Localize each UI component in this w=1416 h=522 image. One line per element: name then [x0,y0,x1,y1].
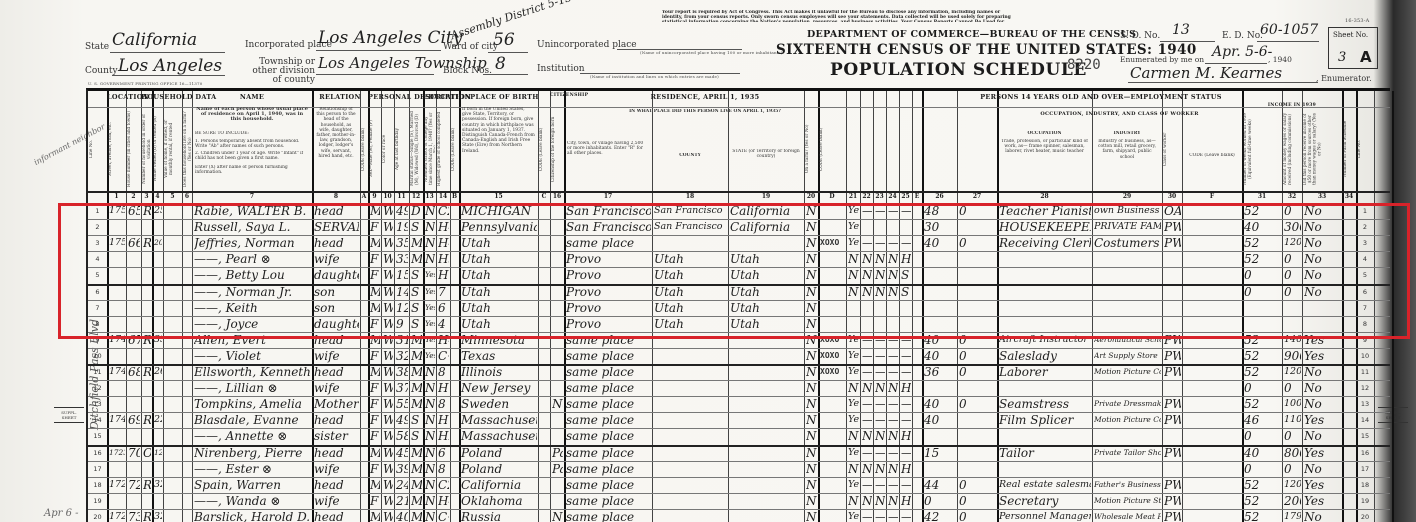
column-number: 18 [652,193,728,200]
row-12-c22: No [862,380,872,396]
row-12-c24: No [888,380,898,396]
row-8-rel: daughter [314,316,359,332]
line-number: 17 [88,465,107,473]
row-19-mar: M [411,493,422,509]
row-9-cls: PW [1164,332,1181,348]
township-label: Township or other division of county [245,58,315,85]
row-20-hh: 73 [128,509,140,522]
row-4-sch: No [425,251,435,267]
row-16-rent: 12000 [154,445,162,461]
row-12-other: No [1304,380,1341,396]
row-13-farm35: No [806,396,817,412]
column-header-name-include: BE SURE TO INCLUDE: [195,131,309,136]
unincorporated-note: (Name of unincorporated place having 100… [640,50,783,55]
row-11-weeks: 52 [1244,364,1281,380]
row-9-rent: 35 [154,332,162,348]
row-6-county: Utah [654,284,727,300]
row-8-sch: Yes [425,316,435,332]
row-10-rel: wife [314,348,359,364]
row-20-name: Barslick, Harold D. [194,509,311,522]
ward-value: 56 [493,30,515,50]
row-6-sex: M [370,284,380,300]
row-15-c24: No [888,428,898,444]
column-number: 7 [192,193,312,200]
column-number: 1 [107,193,126,200]
row-2-other: No [1304,219,1341,235]
row-3-c25: — [901,235,911,251]
row-11-cls: PW [1164,364,1181,380]
row-1-ind: own Business [1094,203,1161,219]
row-4-age: 33 [396,251,408,267]
row-5-county: Utah [654,267,727,283]
row-19-birth: Oklahoma [461,493,537,509]
row-6-grade: 7 [438,284,449,300]
row-19-c23: No [875,493,885,509]
enumerator-signature: Carmen M. Kearnes [1130,64,1282,82]
row-1-farm35: No [806,203,817,219]
row-11-rent: 26 [154,364,162,380]
row-18-grade: C2 [438,477,449,493]
row-1-city: San Francisco [566,203,651,219]
column-divider [192,91,193,522]
row-3-rel: head [314,235,359,251]
row-13-ind: Private Dressmaker's Est. [1094,396,1161,412]
row-13-name: Tompkins, Amelia [194,396,311,412]
row-16-occ: Tailor [999,445,1091,461]
group-header-name: NAME [192,93,312,101]
group-header-education: EDUCATION [423,93,459,101]
row-19-ind: Motion Picture Studio [1094,493,1161,509]
row-11-birth: Illinois [461,364,537,380]
row-11-race: W [383,364,393,380]
row-10-c25: — [901,348,911,364]
column-number: 24 [886,193,899,200]
row-6-wages: 0 [1284,284,1301,300]
confidentiality-notice: Your report is required by Act of Congre… [662,10,1012,22]
line-number-right: 19 [1356,497,1374,505]
column-divider [1392,91,1394,522]
schedule-title: POPULATION SCHEDULE [830,60,1087,80]
column-number: 25 [899,193,912,200]
row-14-other: Yes [1304,412,1341,428]
line-number: 8 [88,320,107,328]
column-number: 23 [873,193,886,200]
line-number-right: 11 [1356,368,1374,376]
row-9-grade: H4 [438,332,449,348]
row-19-c21: No [848,493,859,509]
county-value: Los Angeles [118,56,222,76]
row-10-race: W [383,348,393,364]
row-9-c26: 40 [924,332,956,348]
column-number: 32 [1282,193,1302,200]
line-number-right: 4 [1356,255,1374,263]
row-7-county: Utah [654,300,727,316]
row-13-rel: Mother [314,396,359,412]
row-7-grade: 6 [438,300,449,316]
row-8-age: 9 [396,316,408,332]
row-15-other: No [1304,428,1341,444]
row-9-c27: 0 [959,332,996,348]
row-14-sch: No [425,412,435,428]
group-header-household: HOUSEHOLD DATA [141,93,192,101]
row-20-c25: — [901,509,911,522]
row-10-other: Yes [1304,348,1341,364]
line-number-right: 3 [1356,239,1374,247]
row-6-c25: S [901,284,911,300]
line-number-right: 9 [1356,336,1374,344]
row-13-weeks: 52 [1244,396,1281,412]
column-divider [1374,91,1375,522]
column-header-class-worker: Class of worker [1163,111,1181,187]
row-19-c27: 0 [959,493,996,509]
column-header-wages: Amount of money wages or salary received… [1283,111,1301,187]
column-header-citizenship-desc: Citizenship of the foreign born [551,111,563,187]
row-14-own: R [143,412,151,428]
row-9-hh: 67 [128,332,140,348]
enumerated-label: Enumerated by me on [1120,55,1204,64]
row-3-race: W [383,235,393,251]
row-5-race: W [383,267,393,283]
row-14-rent: 22 [154,412,162,428]
enumerator-label: , Enumerator. [1316,74,1372,83]
column-number: 33 [1302,193,1342,200]
row-14-city: same place [566,412,651,428]
row-8-race: W [383,316,393,332]
row-1-name: Rabie, WALTER B. [194,203,311,219]
row-13-c24: — [888,396,898,412]
column-number: B [450,193,459,200]
line-number: 7 [88,304,107,312]
row-11-c26: 36 [924,364,956,380]
row-20-rent: 32 [154,509,162,522]
column-number: 27 [957,193,997,200]
column-header-weeks-worked: Number of weeks worked in 1939 (Equivale… [1243,111,1281,187]
row-10-sex: F [370,348,380,364]
row-4-county: Utah [654,251,727,267]
row-6-mar: S [411,284,422,300]
row-9-sex: M [370,332,380,348]
row-16-sex: M [370,445,380,461]
row-8-grade: 4 [438,316,449,332]
column-header-code: CODE (Leave blank) [361,111,367,187]
row-17-city: same place [566,461,651,477]
group-header-citizenship: CITIZENSHIP [550,93,564,98]
enumerated-value: Apr. 5-6- [1212,44,1272,60]
enumerated-year: , 1940 [1268,55,1292,64]
row-2-c21: Yes [848,219,859,235]
row-7-mar: S [411,300,422,316]
row-4-c24: No [888,251,898,267]
row-2-name: Russell, Saya L. [194,219,311,235]
column-divider [899,91,900,522]
block-value: 8 [495,54,506,74]
line-number: 18 [88,481,107,489]
row-1-c24: — [888,203,898,219]
row-7-sch: Yes [425,300,435,316]
row-7-birth: Utah [461,300,537,316]
row-16-farm35: No [806,445,817,461]
row-14-race: W [383,412,393,428]
row-11-name: Ellsworth, Kenneth [194,364,311,380]
row-3-c21: Yes [848,235,859,251]
row-5-age: 15 [396,267,408,283]
row-13-mar: M [411,396,422,412]
row-7-city: Provo [566,300,651,316]
row-19-city: same place [566,493,651,509]
row-2-occ: HOUSEKEEPER [999,219,1091,235]
row-13-c27: 0 [959,396,996,412]
ed-value: 60-1057 [1260,22,1318,38]
row-8-county: Utah [654,316,727,332]
line-number-right: 20 [1356,513,1374,521]
row-20-birth: Russia [461,509,537,522]
row-18-own: R [143,477,151,493]
sd-label: S. D. No. [1120,31,1160,41]
row-1-birth: MICHIGAN [461,203,537,219]
row-4-wages: 0 [1284,251,1301,267]
row-20-occ: Personnel Manager [999,509,1091,522]
row-14-c21: Yes [848,412,859,428]
column-number: 12 [409,193,423,200]
row-17-name: ——, Ester ⊗ [194,461,311,477]
row-17-sch: No [425,461,435,477]
row-19-occ: Secretary [999,493,1091,509]
row-1-wages: 0 [1284,203,1301,219]
row-2-mar: S [411,219,422,235]
column-header-name-rule2: 2. Children under 1 year of age. Write "… [195,151,309,161]
row-11-ind: Motion Picture Co. [1094,364,1161,380]
row-13-race: W [383,396,393,412]
row-4-race: W [383,251,393,267]
line-number-right: 17 [1356,465,1374,473]
row-13-birth: Sweden [461,396,537,412]
row-6-sch: Yes [425,284,435,300]
row-10-c24: — [888,348,898,364]
row-19-c22: No [862,493,872,509]
row-12-wages: 0 [1284,380,1301,396]
row-18-rel: head [314,477,359,493]
column-header-grade: Highest grade of school completed [437,111,449,187]
row-17-c24: No [888,461,898,477]
column-header-race: Color or race [382,111,393,187]
column-header-marital: Marital status—Single (S), Married (M), … [410,111,422,187]
row-12-weeks: 0 [1244,380,1281,396]
row-4-c22: No [862,251,872,267]
column-divider [873,91,874,522]
column-header-age: Age at last birthday [395,111,408,187]
row-13-c22: — [862,396,872,412]
column-header-house-number: House number (in cities and towns) [127,111,140,187]
row-5-mar: S [411,267,422,283]
row-3-sch: No [425,235,435,251]
row-17-other: No [1304,461,1341,477]
row-2-wages: 300 [1284,219,1301,235]
row-1-rel: head [314,203,359,219]
row-14-name: Blasdale, Evanne [194,412,311,428]
column-number: A [360,193,368,200]
row-18-race: W [383,477,393,493]
column-header-code: CODE (Leave blank) [451,111,458,187]
row-12-rel: wife [314,380,359,396]
row-14-c23: — [875,412,885,428]
row-14-cls: PW [1164,412,1181,428]
column-divider [846,91,847,522]
column-number: 8 [312,193,360,200]
row-6-birth: Utah [461,284,537,300]
row-6-race: W [383,284,393,300]
row-10-weeks: 52 [1244,348,1281,364]
column-header-birthplace-desc: If born in the United States, give State… [462,107,535,154]
line-number: 14 [88,416,107,424]
row-2-sex: F [370,219,380,235]
group-header-income: INCOME IN 1939 [1242,103,1342,108]
row-2-c26: 30 [924,219,956,235]
row-16-age: 45 [396,445,408,461]
row-11-mar: M [411,364,422,380]
column-number: C [538,193,550,200]
row-9-other: Yes [1304,332,1341,348]
row-4-sex: F [370,251,380,267]
row-20-c21: Yes [848,509,859,522]
row-19-sex: F [370,493,380,509]
row-15-name: ——, Annette ⊗ [194,428,311,444]
row-18-c24: — [888,477,898,493]
line-number: 9 [88,336,107,344]
row-9-rel: head [314,332,359,348]
row-18-weeks: 52 [1244,477,1281,493]
row-3-c27: 0 [959,235,996,251]
column-divider [957,91,958,522]
row-19-rel: wife [314,493,359,509]
row-13-c23: — [875,396,885,412]
row-19-race: W [383,493,393,509]
row-4-birth: Utah [461,251,537,267]
row-15-c23: No [875,428,885,444]
row-14-mar: S [411,412,422,428]
row-2-ind: PRIVATE FAMILY [1094,219,1161,235]
row-13-c21: Yes [848,396,859,412]
row-10-grade: C+ [438,348,449,364]
row-13-c25: — [901,396,911,412]
row-3-c23: — [875,235,885,251]
row-12-c23: No [875,380,885,396]
row-10-mar: M [411,348,422,364]
column-number: 5 [163,193,182,200]
row-18-c22: — [862,477,872,493]
column-header-value-rent: Value of home, if owned, or monthly rent… [164,111,181,187]
column-header-occupation: OCCUPATION [1000,131,1089,136]
column-divider [652,91,653,522]
row-3-own: R [143,235,151,251]
row-9-sch: Yes [425,332,435,348]
row-20-wages: 1790 [1284,509,1301,522]
row-10-ind: Art Supply Store [1094,348,1161,364]
row-18-rent: 32 [154,477,162,493]
row-15-city: same place [566,428,651,444]
row-3-grade: H4 [438,235,449,251]
group-header-occupation: OCCUPATION, INDUSTRY, AND CLASS OF WORKE… [997,111,1242,117]
column-header-occupation-desc: Trade, profession, or particular kind of… [1000,139,1089,155]
row-3-farm35: No [806,235,817,251]
column-header-code: CODE (Leave blank) [539,111,549,187]
row-1-c22: — [862,203,872,219]
row-11-house: 1747 [109,364,125,380]
row-19-grade: H4 [438,493,449,509]
row-5-farm35: No [806,267,817,283]
row-15-c21: No [848,428,859,444]
column-header-home-owned: Home owned (O) or rented (R) [153,111,162,187]
row-15-sex: F [370,428,380,444]
row-9-c23: — [875,332,885,348]
row-15-c22: No [862,428,872,444]
row-5-state: Utah [730,267,803,283]
row-10-cls: PW [1164,348,1181,364]
row-5-city: Provo [566,267,651,283]
row-18-ind: Father's Business [1094,477,1161,493]
row-5-wages: 0 [1284,267,1301,283]
column-divider [1182,91,1183,522]
row-11-farm35: No [806,364,817,380]
column-header-name-instructions: Name of each person whose usual place of… [195,107,309,123]
column-number: 22 [860,193,873,200]
row-8-farm35: No [806,316,817,332]
row-12-grade: H1 [438,380,449,396]
row-1-weeks: 52 [1244,203,1281,219]
column-number: 20 [804,193,818,200]
row-14-weeks: 46 [1244,412,1281,428]
row-17-farm35: No [806,461,817,477]
column-number: 34 [1342,193,1356,200]
row-7-state: Utah [730,300,803,316]
row-18-birth: California [461,477,537,493]
row-14-birth: Massachusetts [461,412,537,428]
line-number: 16 [88,449,107,457]
column-divider [1092,91,1093,522]
column-number: F [1182,193,1242,200]
group-header-personal: PERSONAL DESCRIPTION [368,93,423,101]
row-8-birth: Utah [461,316,537,332]
row-6-state: Utah [730,284,803,300]
row-9-own: R [143,332,151,348]
row-6-farm35: No [806,284,817,300]
row-4-other: No [1304,251,1341,267]
row-11-sch: No [425,364,435,380]
column-number: 13 [423,193,436,200]
form-code: U. S. GOVERNMENT PRINTING OFFICE 16—1137… [88,81,203,86]
row-2-cls: PW [1164,219,1181,235]
row-4-c23: No [875,251,885,267]
row-9-c24: — [888,332,898,348]
row-18-house: 1723 [109,477,125,493]
column-number: 11 [394,193,409,200]
row-16-mar: M [411,445,422,461]
group-header-location: LOCATION [107,93,141,101]
row-8-mar: S [411,316,422,332]
row-16-own: O [143,445,151,461]
row-3-other: No [1304,235,1341,251]
row-2-rel: SERVANT [314,219,359,235]
group-header-birthplace: PLACE OF BIRTH [459,93,550,101]
row-20-weeks: 52 [1244,509,1281,522]
row-1-c23: — [875,203,885,219]
row-15-farm35: No [806,428,817,444]
column-header-school: Attended school or college any time sinc… [424,111,435,187]
row-13-age: 55 [396,396,408,412]
row-17-cit: Pa [552,461,563,477]
institution-note: (Name of institution and lines on which … [590,74,719,79]
column-header-street: Street, avenue, road, etc. [108,111,125,187]
row-19-name: ——, Wanda ⊗ [194,493,311,509]
